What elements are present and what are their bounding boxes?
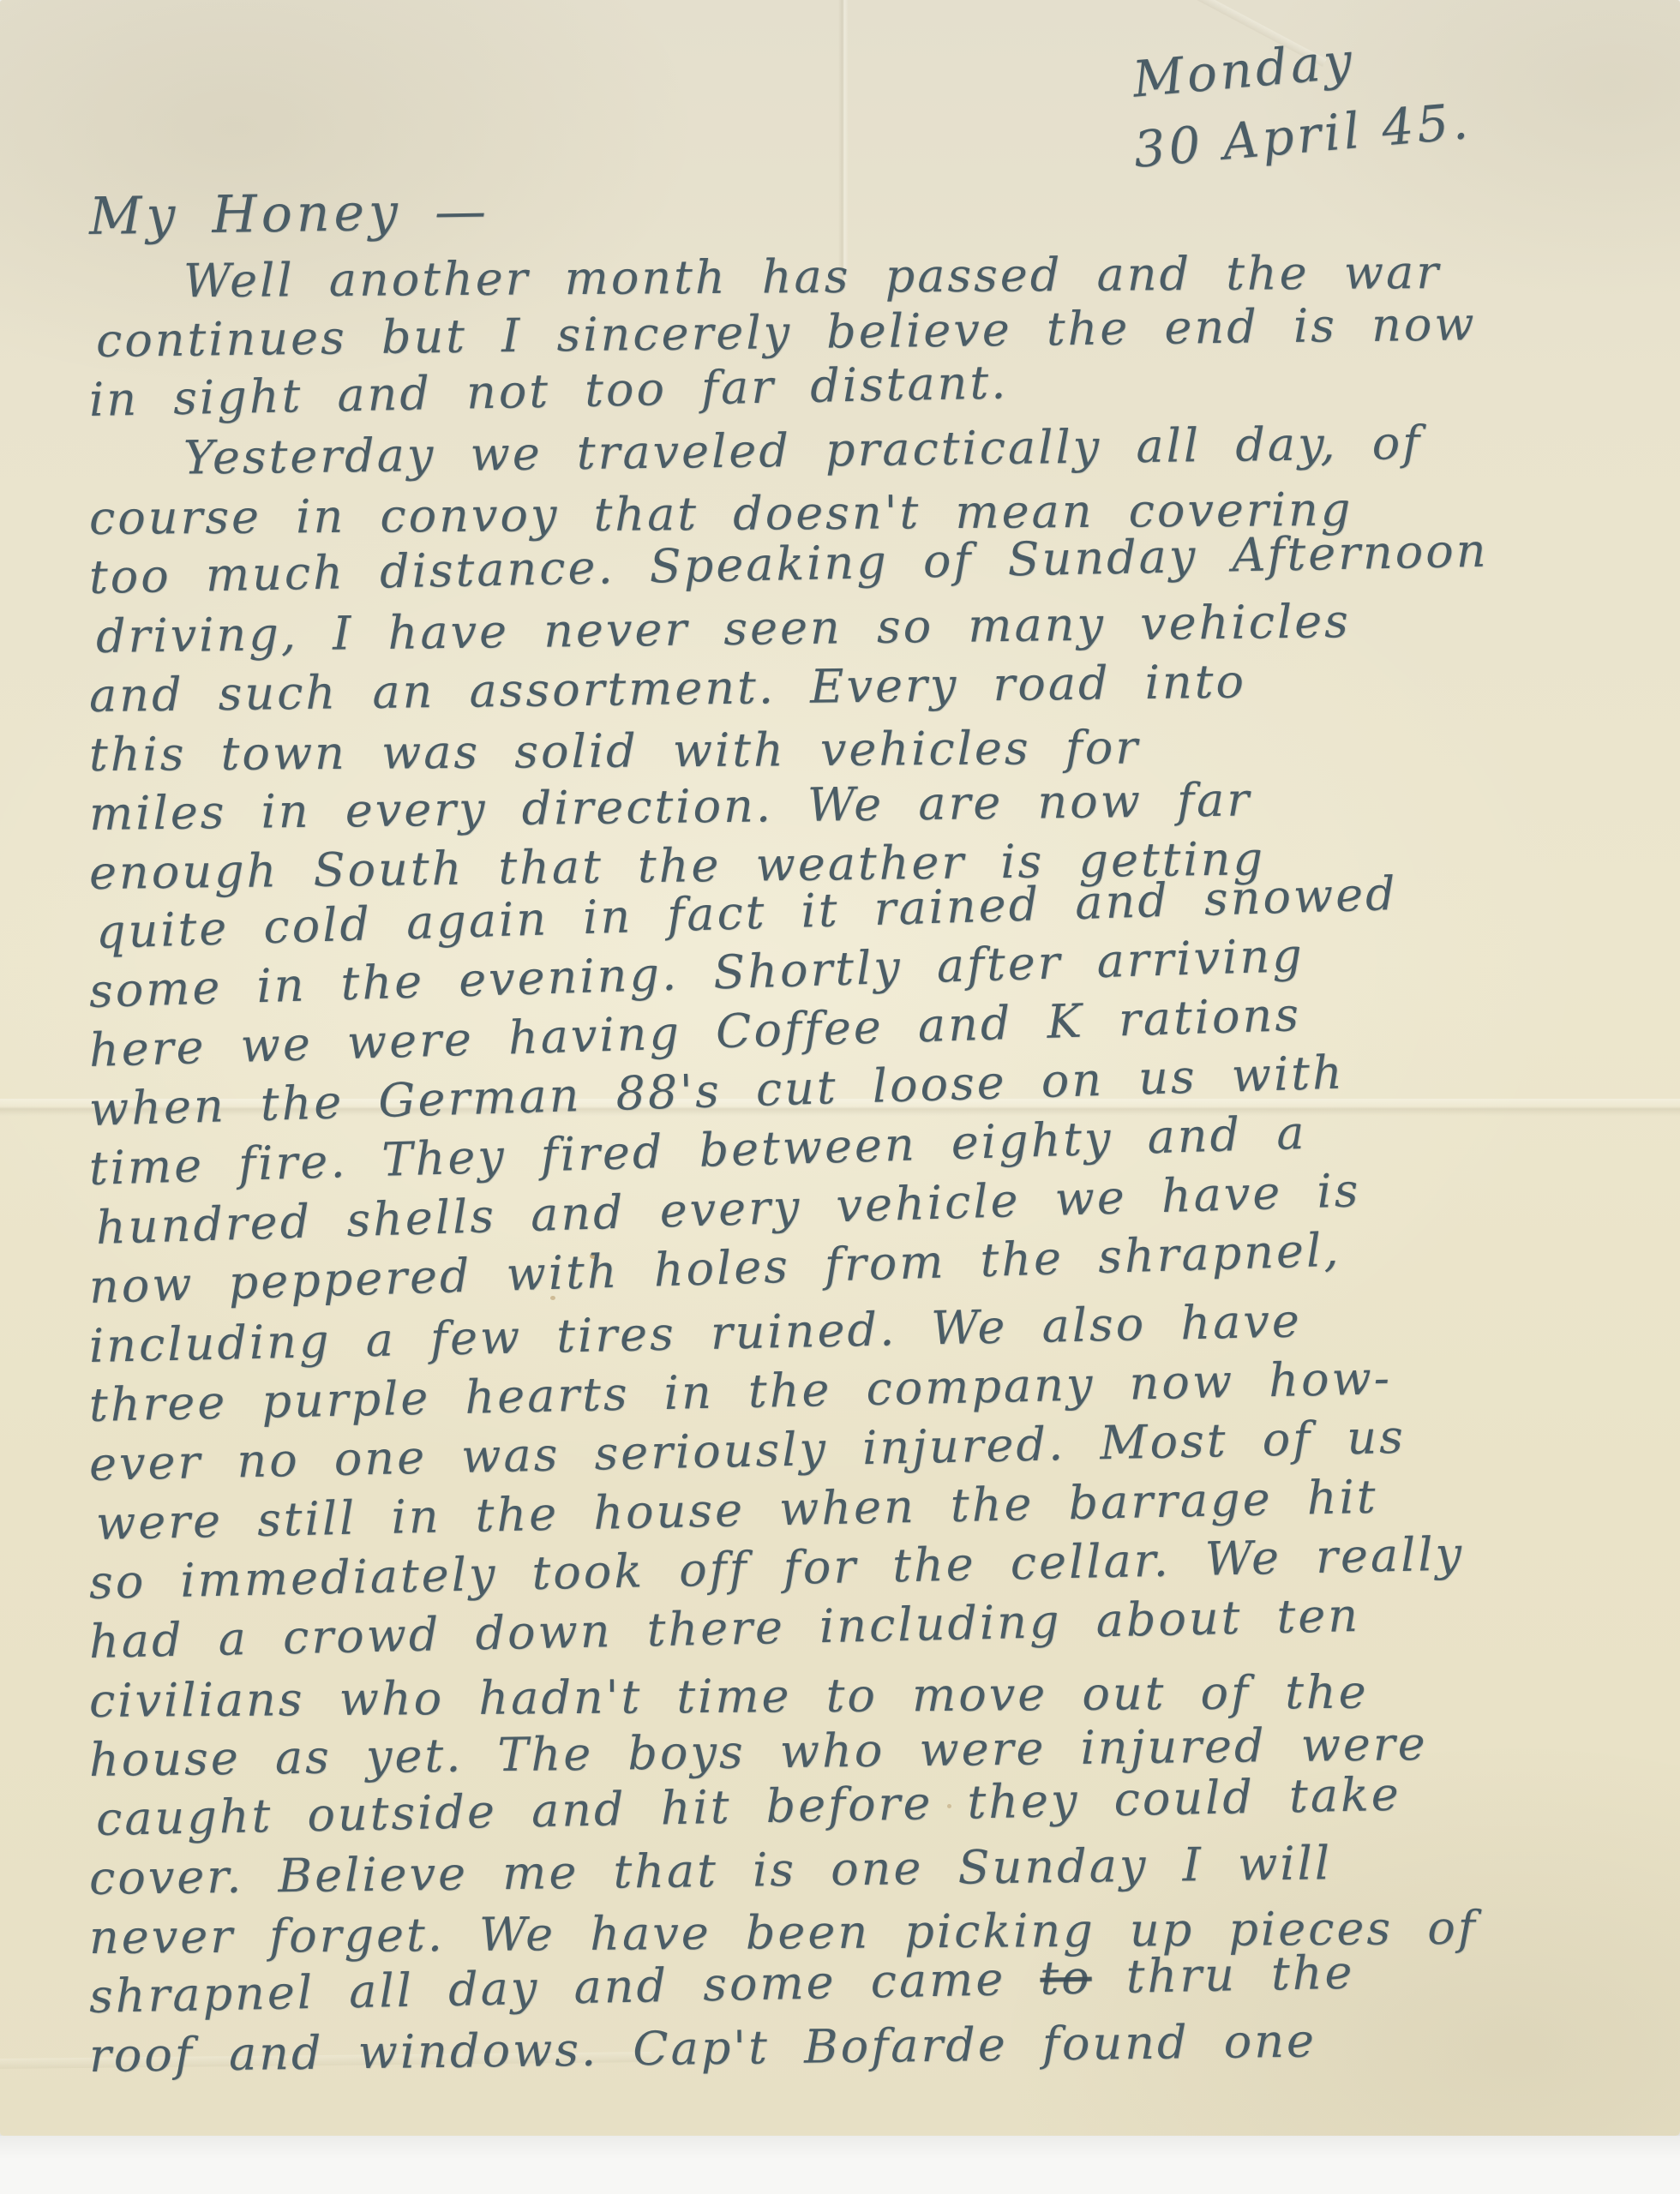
letter-text: My Honey — Well another month has passed… xyxy=(89,187,1629,2085)
line-text: and such an assortment. Every road into xyxy=(89,655,1247,722)
date-block: Monday 30 April 45. xyxy=(1130,15,1474,184)
struck-word: to xyxy=(1040,1951,1092,2005)
scan-background-strip xyxy=(0,2136,1680,2194)
line-text: this town was solid with vehicles for xyxy=(89,720,1141,782)
line-text: roof and windows. Cap't Bofarde found on… xyxy=(89,2014,1317,2083)
line-text: Yesterday we traveled practically all da… xyxy=(183,416,1423,485)
letter-body: Well another month has passed and the wa… xyxy=(89,252,1629,2085)
line-text: cover. Believe me that is one Sunday I w… xyxy=(89,1836,1333,1905)
salutation: My Honey — xyxy=(89,165,1629,247)
line-text: thru the xyxy=(1091,1945,1355,2005)
paper-sheet: Monday 30 April 45. My Honey — Well anot… xyxy=(0,0,1680,2136)
